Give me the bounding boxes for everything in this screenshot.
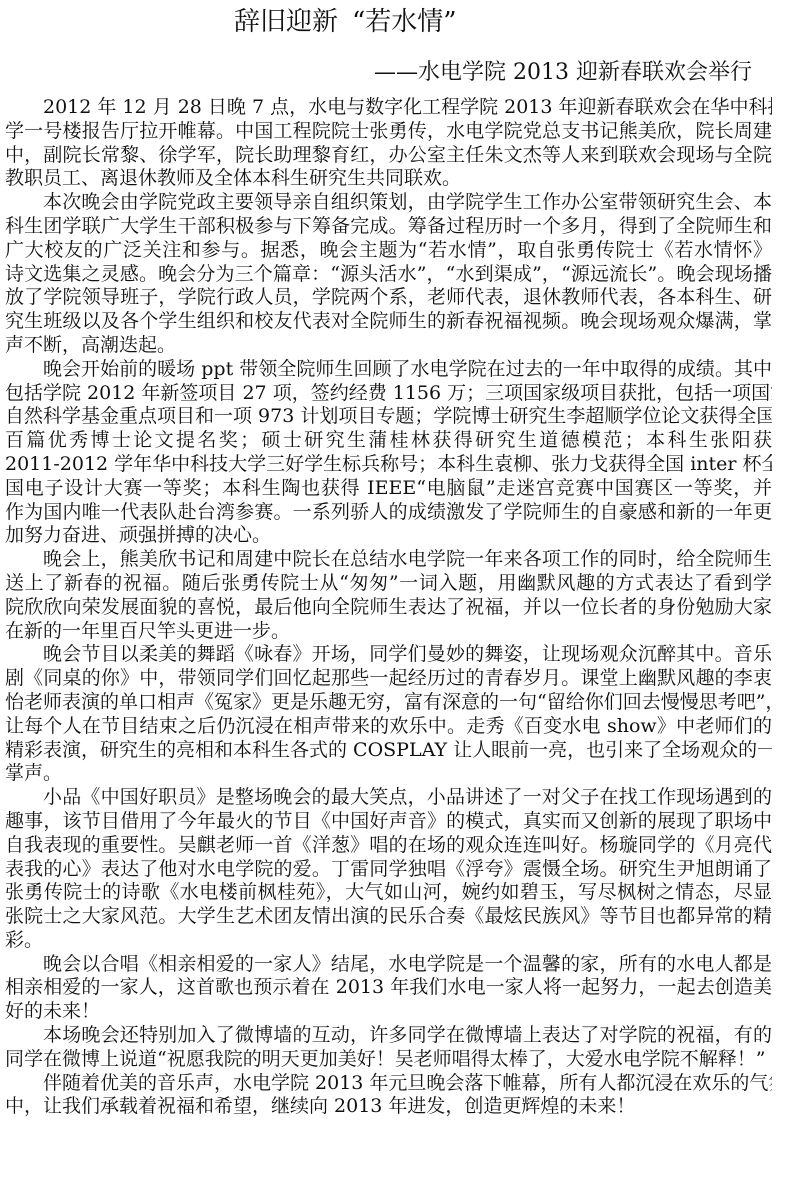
paragraph: 伴随着优美的音乐声，水电学院 2013 年元旦晚会落下帷幕，所有人都沉浸在欢乐的… [5, 1072, 772, 1120]
article-title: 辞旧迎新“若水情” [234, 5, 457, 39]
paragraph-line: 广大校友的广泛关注和参与。据悉，晚会主题为“若水情”，取自张勇传院士《若水情怀》 [5, 239, 772, 263]
paragraph-line: 加努力奋进、顽强拼搏的决心。 [5, 524, 772, 548]
paragraph-line: 晚会以合唱《相亲相爱的一家人》结尾，水电学院是一个温馨的家，所有的水电人都是 [5, 953, 772, 977]
paragraph: 本场晚会还特别加入了微博墙的互动，许多同学在微博墙上表达了对学院的祝福，有的同学… [5, 1024, 772, 1072]
paragraph-line: 本次晚会由学院党政主要领导亲自组织策划，由学院学生工作办公室带领研究生会、本 [5, 191, 772, 215]
paragraph-line: 张勇传院士的诗歌《水电楼前枫桂苑》，大气如山河，婉约如碧玉，写尽枫树之情态，尽显 [5, 881, 772, 905]
paragraph-line: 伴随着优美的音乐声，水电学院 2013 年元旦晚会落下帷幕，所有人都沉浸在欢乐的… [5, 1072, 772, 1096]
paragraph-line: 表我的心》表达了他对水电学院的爱。丁雷同学独唱《浮夸》震慑全场。研究生尹旭朗诵了 [5, 858, 772, 882]
article-title-quote: “若水情” [352, 7, 457, 37]
paragraph-line: 院欣欣向荣发展面貌的喜悦，最后他向全院师生表达了祝福，并以一位长者的身份勉励大家 [5, 596, 772, 620]
paragraph-line: 晚会节目以柔美的舞蹈《咏春》开场，同学们曼妙的舞姿，让现场观众沉醉其中。音乐 [5, 643, 772, 667]
paragraph-line: 诗文选集之灵感。晚会分为三个篇章：“源头活水”，“水到渠成”，“源远流长”。晚会… [5, 263, 772, 287]
paragraph-line: 在新的一年里百尺竿头更进一步。 [5, 620, 772, 644]
paragraph-line: 好的未来！ [5, 1000, 772, 1024]
paragraph-line: 同学在微博上说道“祝愿我院的明天更加美好！吴老师唱得太棒了，大爱水电学院不解释！… [5, 1048, 772, 1072]
article-body: 2012 年 12 月 28 日晚 7 点，水电与数字化工程学院 2013 年迎… [5, 96, 772, 1119]
paragraph-line: 彩。 [5, 929, 772, 953]
paragraph-line: 作为国内唯一代表队赴台湾参赛。一系列骄人的成绩激发了学院师生的自豪感和新的一年更 [5, 501, 772, 525]
article-subtitle: ——水电学院 2013 迎新春联欢会举行 [374, 58, 752, 88]
paragraph: 本次晚会由学院党政主要领导亲自组织策划，由学院学生工作办公室带领研究生会、本科生… [5, 191, 772, 358]
paragraph: 晚会以合唱《相亲相爱的一家人》结尾，水电学院是一个温馨的家，所有的水电人都是相亲… [5, 953, 772, 1024]
paragraph: 2012 年 12 月 28 日晚 7 点，水电与数字化工程学院 2013 年迎… [5, 96, 772, 191]
paragraph-line: 中，让我们承载着祝福和希望，继续向 2013 年进发，创造更辉煌的未来！ [5, 1095, 772, 1119]
paragraph-line: 相亲相爱的一家人，这首歌也预示着在 2013 年我们水电一家人将一起努力，一起去… [5, 976, 772, 1000]
paragraph-line: 本场晚会还特别加入了微博墙的互动，许多同学在微博墙上表达了对学院的祝福，有的 [5, 1024, 772, 1048]
paragraph-line: 百篇优秀博士论文提名奖；硕士研究生蒲桂林获得研究生道德模范；本科生张阳获 [5, 429, 772, 453]
paragraph-line: 自我表现的重要性。吴麒老师一首《洋葱》唱的在场的观众连连叫好。杨璇同学的《月亮代 [5, 834, 772, 858]
paragraph-line: 国电子设计大赛一等奖；本科生陶也获得 IEEE“电脑鼠”走迷宫竞赛中国赛区一等奖… [5, 477, 772, 501]
article-title-main: 辞旧迎新 [234, 7, 338, 37]
paragraph-line: 掌声。 [5, 762, 772, 786]
paragraph-line: 晚会开始前的暖场 ppt 带领全院师生回顾了水电学院在过去的一年中取得的成绩。其… [5, 358, 772, 382]
paragraph-line: 声不断，高潮迭起。 [5, 334, 772, 358]
paragraph-line: 怡老师表演的单口相声《冤家》更是乐趣无穷，富有深意的一句“留给你们回去慢慢思考吧… [5, 691, 772, 715]
paragraph: 晚会开始前的暖场 ppt 带领全院师生回顾了水电学院在过去的一年中取得的成绩。其… [5, 358, 772, 548]
paragraph-line: 学一号楼报告厅拉开帷幕。中国工程院院士张勇传，水电学院党总支书记熊美欣，院长周建 [5, 120, 772, 144]
paragraph-line: 晚会上，熊美欣书记和周建中院长在总结水电学院一年来各项工作的同时，给全院师生 [5, 548, 772, 572]
paragraph-line: 2011-2012 学年华中科技大学三好学生标兵称号；本科生袁柳、张力戈获得全国… [5, 453, 772, 477]
paragraph-line: 剧《同桌的你》中，带领同学们回忆起那些一起经历过的青春岁月。课堂上幽默风趣的李衷 [5, 667, 772, 691]
paragraph-line: 2012 年 12 月 28 日晚 7 点，水电与数字化工程学院 2013 年迎… [5, 96, 772, 120]
paragraph: 晚会上，熊美欣书记和周建中院长在总结水电学院一年来各项工作的同时，给全院师生送上… [5, 548, 772, 643]
paragraph-line: 中，副院长常黎、徐学军，院长助理黎育红，办公室主任朱文杰等人来到联欢会现场与全院 [5, 144, 772, 168]
paragraph-line: 张院士之大家风范。大学生艺术团友情出演的民乐合奏《最炫民族风》等节目也都异常的精 [5, 905, 772, 929]
paragraph-line: 包括学院 2012 年新签项目 27 项，签约经费 1156 万；三项国家级项目… [5, 382, 772, 406]
paragraph: 晚会节目以柔美的舞蹈《咏春》开场，同学们曼妙的舞姿，让现场观众沉醉其中。音乐剧《… [5, 643, 772, 786]
paragraph-line: 小品《中国好职员》是整场晚会的最大笑点，小品讲述了一对父子在找工作现场遇到的 [5, 786, 772, 810]
paragraph-line: 送上了新春的祝福。随后张勇传院士从“匆匆”一词入题，用幽默风趣的方式表达了看到学 [5, 572, 772, 596]
paragraph-line: 放了学院领导班子，学院行政人员，学院两个系，老师代表，退休教师代表，各本科生、研 [5, 286, 772, 310]
paragraph-line: 科生团学联广大学生干部积极参与下筹备完成。筹备过程历时一个多月，得到了全院师生和 [5, 215, 772, 239]
paragraph-line: 自然科学基金重点项目和一项 973 计划项目专题；学院博士研究生李超顺学位论文获… [5, 405, 772, 429]
paragraph: 小品《中国好职员》是整场晚会的最大笑点，小品讲述了一对父子在找工作现场遇到的趣事… [5, 786, 772, 953]
paragraph-line: 趣事，该节目借用了今年最火的节目《中国好声音》的模式，真实而又创新的展现了职场中 [5, 810, 772, 834]
paragraph-line: 教职员工、离退休教师及全体本科生研究生共同联欢。 [5, 167, 772, 191]
paragraph-line: 精彩表演，研究生的亮相和本科生各式的 COSPLAY 让人眼前一亮，也引来了全场… [5, 739, 772, 763]
paragraph-line: 让每个人在节目结束之后仍沉浸在相声带来的欢乐中。走秀《百变水电 show》中老师… [5, 715, 772, 739]
paragraph-line: 究生班级以及各个学生组织和校友代表对全院师生的新春祝福视频。晚会现场观众爆满，掌 [5, 310, 772, 334]
